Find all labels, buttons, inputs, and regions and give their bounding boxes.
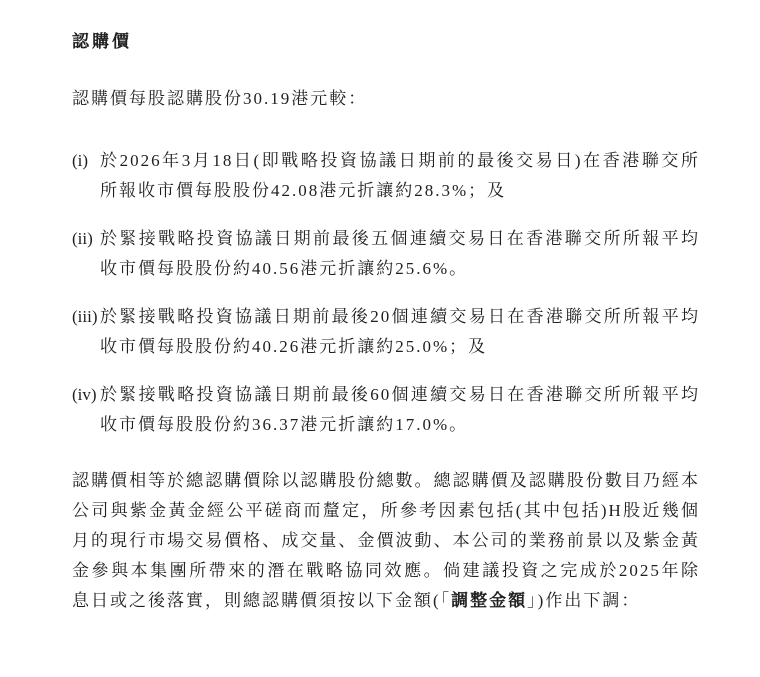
list-item-marker: (ii) [72, 224, 93, 254]
closing-text-before: 認購價相等於總認購價除以認購股份總數。總認購價及認購股份數目乃經本公司與紫金黃金… [72, 471, 700, 610]
section-title: 認購價 [72, 30, 700, 54]
list-item-marker: (i) [72, 146, 88, 176]
list-item: (iv) 於緊接戰略投資協議日期前最後60個連續交易日在香港聯交所所報平均收市價… [72, 380, 700, 440]
list-item: (i) 於2026年3月18日(即戰略投資協議日期前的最後交易日)在香港聯交所所… [72, 146, 700, 206]
list-item-marker: (iv) [72, 380, 97, 410]
list-item-text: 於緊接戰略投資協議日期前最後60個連續交易日在香港聯交所所報平均收市價每股股份約… [100, 385, 700, 434]
closing-paragraph: 認購價相等於總認購價除以認購股份總數。總認購價及認購股份數目乃經本公司與紫金黃金… [72, 466, 700, 616]
document-page: 認購價 認購價每股認購股份30.19港元較： (i) 於2026年3月18日(即… [0, 0, 760, 677]
numbered-list: (i) 於2026年3月18日(即戰略投資協議日期前的最後交易日)在香港聯交所所… [72, 146, 700, 440]
list-item-text: 於2026年3月18日(即戰略投資協議日期前的最後交易日)在香港聯交所所報收市價… [100, 151, 700, 200]
defined-term-adjustment-amount: 調整金額 [451, 591, 527, 610]
list-item-text: 於緊接戰略投資協議日期前最後五個連續交易日在香港聯交所所報平均收市價每股股份約4… [100, 229, 700, 278]
list-item-marker: (iii) [72, 302, 98, 332]
list-item-text: 於緊接戰略投資協議日期前最後20個連續交易日在香港聯交所所報平均收市價每股股份約… [100, 307, 700, 356]
list-item: (iii) 於緊接戰略投資協議日期前最後20個連續交易日在香港聯交所所報平均收市… [72, 302, 700, 362]
closing-text-after: 」)作出下調： [527, 591, 640, 610]
intro-paragraph: 認購價每股認購股份30.19港元較： [72, 84, 700, 114]
document-content: 認購價 認購價每股認購股份30.19港元較： (i) 於2026年3月18日(即… [0, 0, 760, 616]
list-item: (ii) 於緊接戰略投資協議日期前最後五個連續交易日在香港聯交所所報平均收市價每… [72, 224, 700, 284]
